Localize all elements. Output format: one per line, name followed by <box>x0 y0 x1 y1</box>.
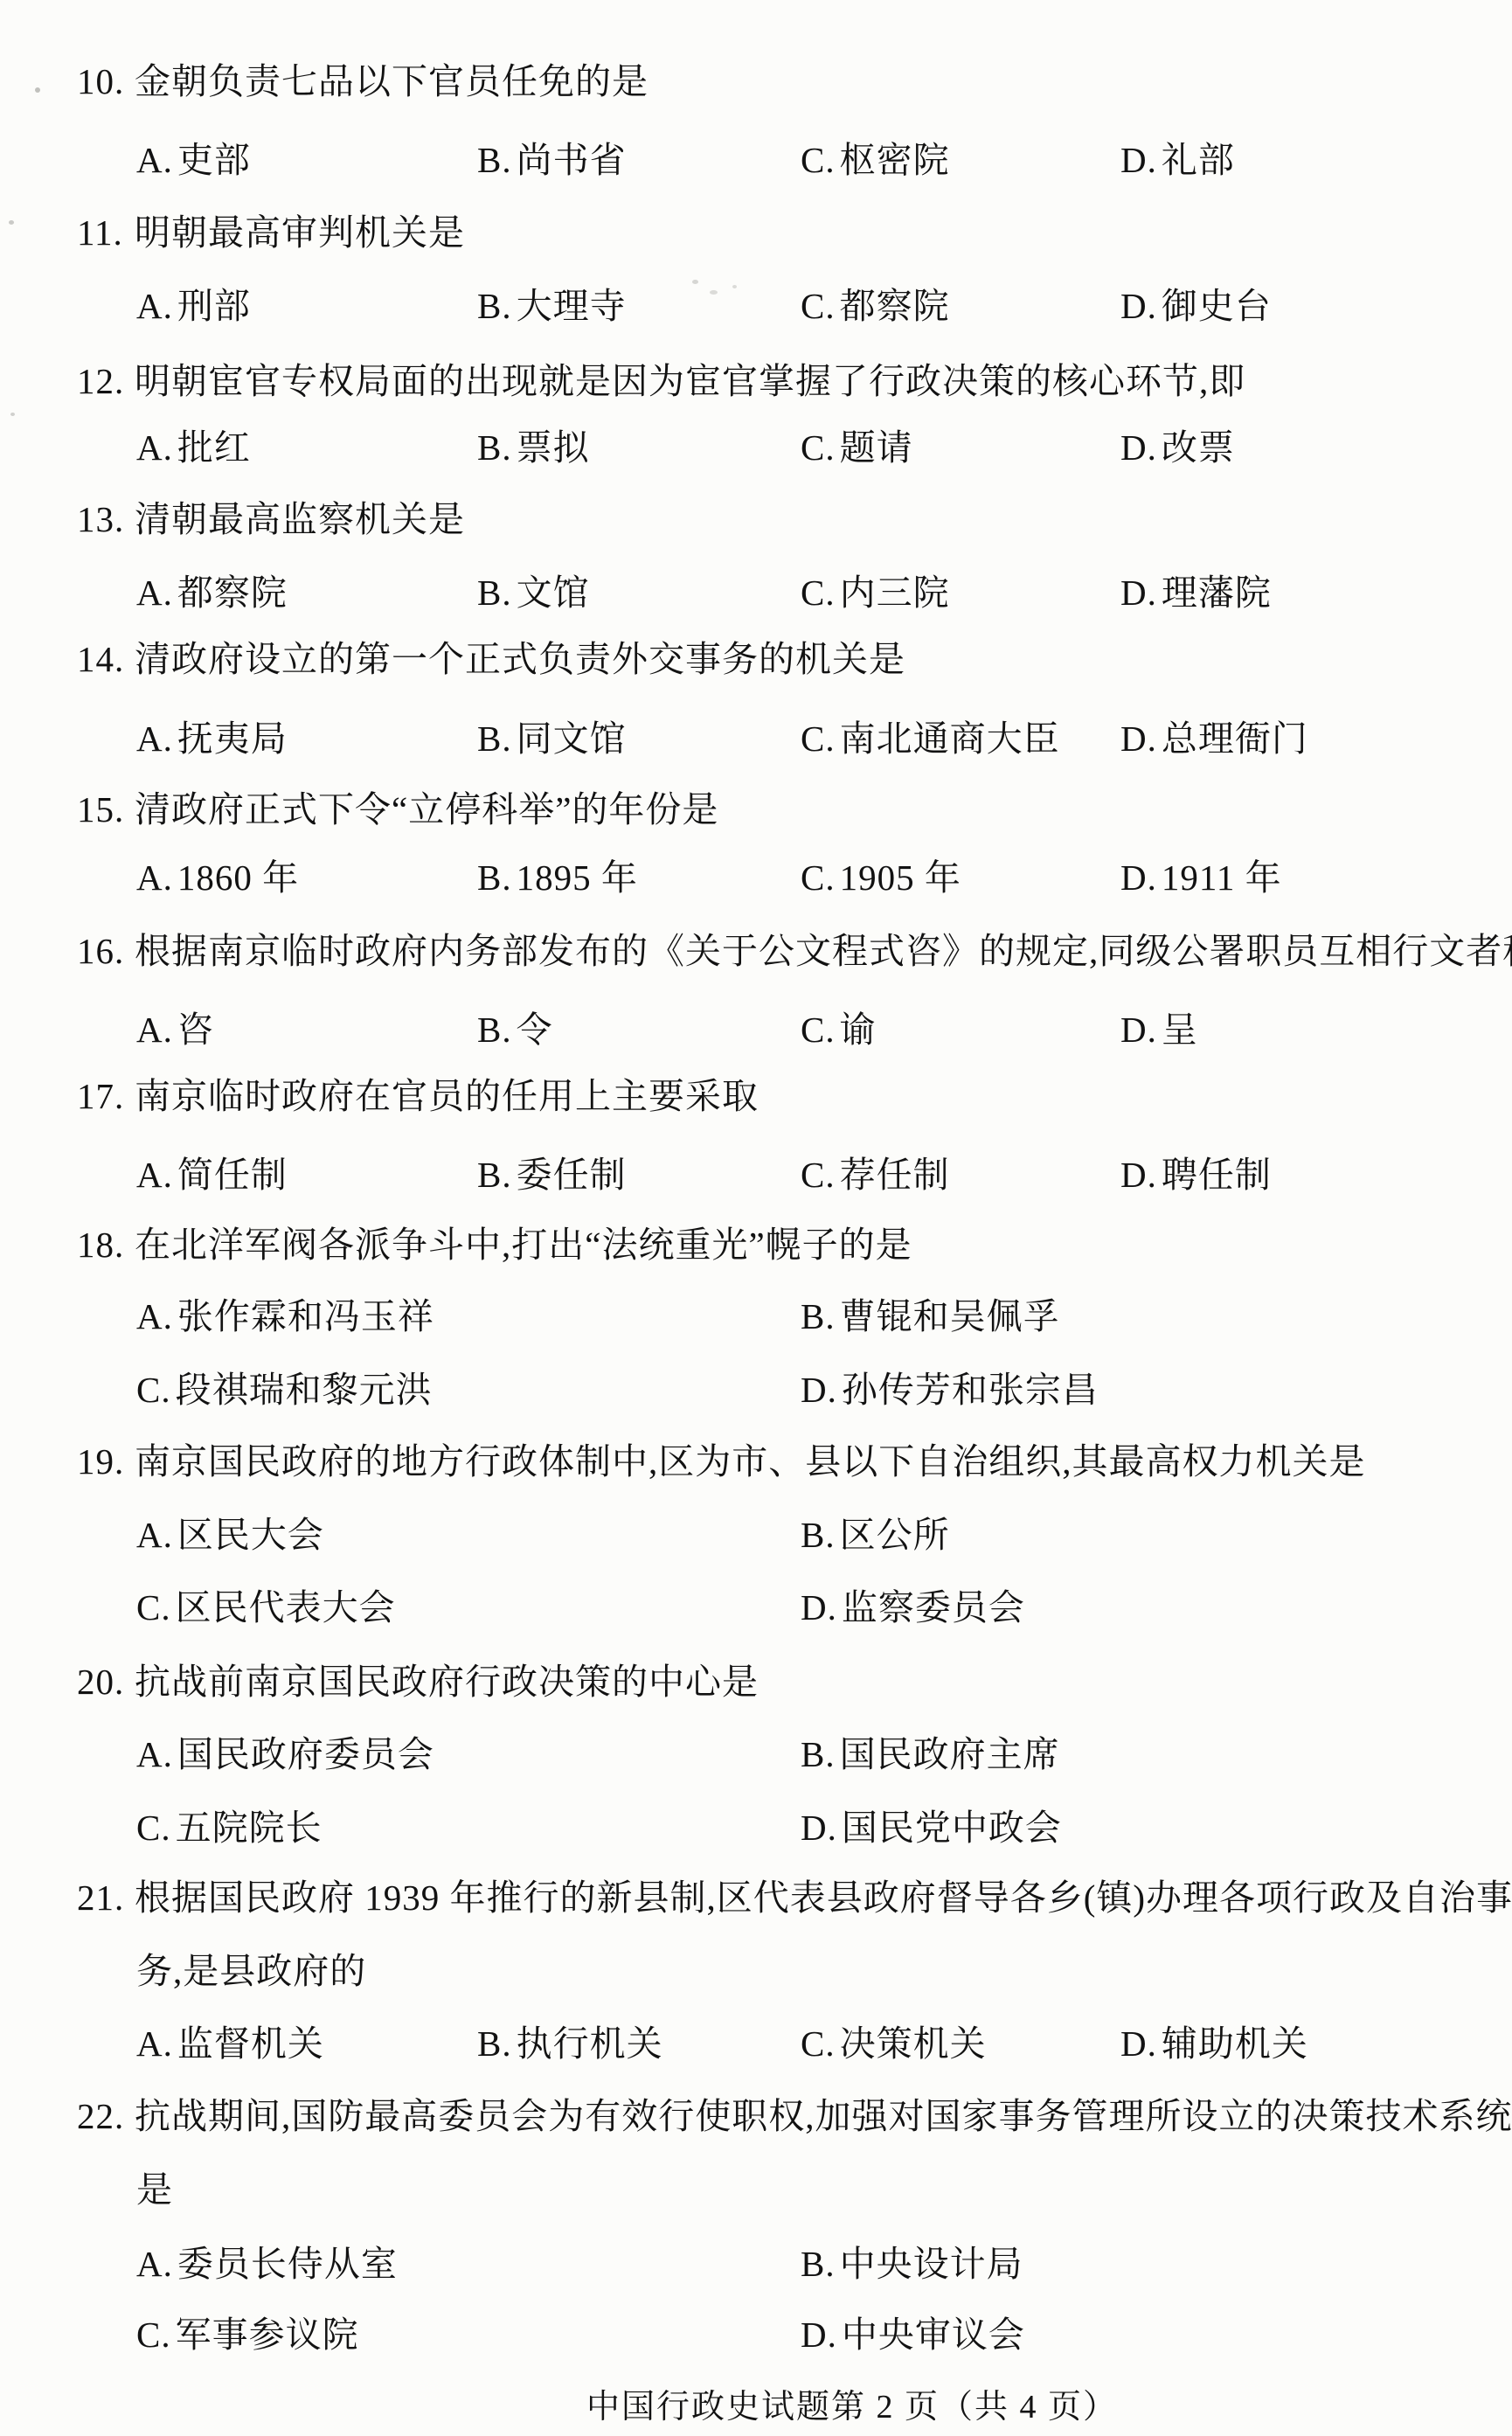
question-number: 22. <box>77 2095 135 2137</box>
option-text: 刑部 <box>177 286 251 326</box>
option-text: 咨 <box>177 1010 214 1050</box>
question-stem: 南京国民政府的地方行政体制中,区为市、县以下自治组织,其最高权力机关是 <box>135 1441 1366 1482</box>
option-label: A. <box>136 573 173 613</box>
option-text: 1905 年 <box>840 857 961 898</box>
option-label: C. <box>136 1808 171 1848</box>
option-label: C. <box>136 1370 171 1410</box>
question-number: 11. <box>77 212 135 253</box>
option-label: B. <box>801 1734 836 1774</box>
option-text: 谕 <box>840 1010 877 1050</box>
option-label: C. <box>801 1155 836 1195</box>
option-label: A. <box>136 1515 173 1555</box>
option-text: 曹锟和吴佩孚 <box>840 1296 1060 1336</box>
question-stem: 根据南京临时政府内务部发布的《关于公文程式咨》的规定,同级公署职员互相行文者称为 <box>135 931 1512 971</box>
option-text: 改票 <box>1162 427 1235 468</box>
option-d: D.国民党中政会 <box>801 1799 1062 1850</box>
option-label: B. <box>801 1296 836 1336</box>
option-a: A.刑部 <box>136 277 251 329</box>
question-number: 17. <box>77 1075 135 1117</box>
option-text: 委任制 <box>517 1155 627 1195</box>
option-text: 张作霖和冯玉祥 <box>177 1296 434 1336</box>
question-stem-line2: 务,是县政府的 <box>0 1942 1512 1993</box>
option-c: C.五院院长 <box>136 1799 323 1850</box>
option-text: 南北通商大臣 <box>840 718 1060 759</box>
option-text: 同文馆 <box>517 718 627 759</box>
option-text: 文馆 <box>517 573 590 613</box>
option-text: 中央审议会 <box>842 2315 1025 2355</box>
option-d: D.中央审议会 <box>801 2306 1025 2357</box>
option-label: C. <box>801 857 836 898</box>
option-text: 呈 <box>1162 1010 1198 1050</box>
option-d: D.聘任制 <box>1120 1146 1272 1197</box>
option-d: D.理藩院 <box>1120 564 1272 615</box>
option-text: 吏部 <box>177 140 251 180</box>
option-label: B. <box>477 2023 512 2064</box>
option-text: 国民政府委员会 <box>177 1734 434 1774</box>
question-number: 16. <box>77 930 135 972</box>
question-stem: 金朝负责七品以下官员任免的是 <box>135 61 648 101</box>
question-number: 13. <box>77 498 135 540</box>
option-a: A.抚夷局 <box>136 710 288 761</box>
option-label: A. <box>136 1734 173 1774</box>
option-c: C.荐任制 <box>801 1146 950 1197</box>
option-label: D. <box>801 1808 837 1848</box>
option-a: A.都察院 <box>136 564 288 615</box>
option-text: 大理寺 <box>517 286 627 326</box>
option-c: C.南北通商大臣 <box>801 710 1060 761</box>
option-label: D. <box>1120 140 1157 180</box>
question-number: 18. <box>77 1224 135 1266</box>
option-text: 军事参议院 <box>176 2315 359 2355</box>
question-stem: 在北洋军阀各派争斗中,打出“法统重光”幌子的是 <box>135 1225 912 1265</box>
option-a: A.国民政府委员会 <box>136 1725 434 1777</box>
option-label: C. <box>801 573 836 613</box>
option-label: D. <box>1120 2023 1157 2064</box>
option-label: C. <box>801 718 836 759</box>
option-b: B.中央设计局 <box>801 2235 1023 2287</box>
option-a: A.批红 <box>136 419 251 470</box>
option-label: A. <box>136 1010 173 1050</box>
option-label: A. <box>136 1296 173 1336</box>
option-label: A. <box>136 2023 173 2064</box>
option-c: C.内三院 <box>801 564 950 615</box>
option-text: 理藩院 <box>1162 573 1272 613</box>
scan-artifact <box>10 413 15 416</box>
question-number: 15. <box>77 788 135 830</box>
question-stem: 根据国民政府 1939 年推行的新县制,区代表县政府督导各乡(镇)办理各项行政及… <box>135 1877 1512 1918</box>
option-text: 令 <box>517 1010 553 1050</box>
question-stem: 明朝最高审判机关是 <box>135 212 465 253</box>
option-text: 中央设计局 <box>840 2244 1023 2284</box>
option-c: C.区民代表大会 <box>136 1579 396 1630</box>
option-label: B. <box>477 427 512 468</box>
option-a: A.区民大会 <box>136 1506 324 1558</box>
question-number: 12. <box>77 360 135 402</box>
option-b: B.同文馆 <box>477 710 627 761</box>
option-label: D. <box>1120 1155 1157 1195</box>
option-text: 抚夷局 <box>177 718 288 759</box>
option-a: A.1860 年 <box>136 849 299 900</box>
option-label: A. <box>136 2244 173 2284</box>
option-b: B.令 <box>477 1001 553 1052</box>
page-footer: 中国行政史试题第 2 页（共 4 页） <box>0 2379 1512 2430</box>
option-text: 1895 年 <box>517 857 638 898</box>
option-label: C. <box>801 427 836 468</box>
option-text: 监察委员会 <box>842 1587 1025 1627</box>
option-a: A.委员长侍从室 <box>136 2235 398 2287</box>
option-label: B. <box>477 857 512 898</box>
option-c: C.决策机关 <box>801 2015 987 2066</box>
option-label: B. <box>477 573 512 613</box>
option-c: C.军事参议院 <box>136 2306 359 2357</box>
option-label: A. <box>136 140 173 180</box>
option-d: D.1911 年 <box>1120 849 1282 900</box>
option-text: 段祺瑞和黎元洪 <box>176 1370 433 1410</box>
option-label: C. <box>136 2315 171 2355</box>
option-text: 聘任制 <box>1162 1155 1272 1195</box>
question-stem: 清政府正式下令“立停科举”的年份是 <box>135 789 718 829</box>
option-text: 总理衙门 <box>1162 718 1308 759</box>
option-text: 御史台 <box>1162 286 1272 326</box>
option-b: B.票拟 <box>477 419 590 470</box>
option-d: D.辅助机关 <box>1120 2015 1308 2066</box>
question-stem: 明朝宦官专权局面的出现就是因为宦官掌握了行政决策的核心环节,即 <box>135 361 1245 401</box>
option-text: 决策机关 <box>840 2023 987 2064</box>
question-number: 14. <box>77 638 135 680</box>
option-label: C. <box>801 2023 836 2064</box>
option-d: D.监察委员会 <box>801 1579 1025 1630</box>
option-text: 1860 年 <box>177 857 299 898</box>
option-b: B.区公所 <box>801 1506 950 1558</box>
option-b: B.曹锟和吴佩孚 <box>801 1287 1060 1339</box>
option-text: 孙传芳和张宗昌 <box>842 1370 1099 1410</box>
option-b: B.尚书省 <box>477 131 627 183</box>
option-text: 国民党中政会 <box>842 1808 1062 1848</box>
option-a: A.咨 <box>136 1001 214 1052</box>
option-label: C. <box>801 286 836 326</box>
option-c: C.谕 <box>801 1001 877 1052</box>
option-text: 五院院长 <box>176 1808 323 1848</box>
option-text: 内三院 <box>840 573 950 613</box>
option-label: B. <box>801 2244 836 2284</box>
option-label: A. <box>136 1155 173 1195</box>
option-label: B. <box>477 1155 512 1195</box>
option-text: 区民代表大会 <box>176 1587 396 1627</box>
option-a: A.监督机关 <box>136 2015 324 2066</box>
option-b: B.执行机关 <box>477 2015 663 2066</box>
option-c: C.题请 <box>801 419 913 470</box>
option-text: 都察院 <box>177 573 288 613</box>
option-b: B.国民政府主席 <box>801 1725 1060 1777</box>
option-label: D. <box>1120 286 1157 326</box>
option-label: D. <box>801 1370 837 1410</box>
option-text: 都察院 <box>840 286 950 326</box>
question-stem: 抗战前南京国民政府行政决策的中心是 <box>135 1662 759 1702</box>
question-stem-line2: 是 <box>0 2161 1512 2211</box>
question-stem: 抗战期间,国防最高委员会为有效行使职权,加强对国家事务管理所设立的决策技术系统 <box>135 2096 1512 2136</box>
option-c: C.段祺瑞和黎元洪 <box>136 1361 433 1412</box>
option-text: 国民政府主席 <box>840 1734 1060 1774</box>
option-label: D. <box>801 1587 837 1627</box>
option-d: D.孙传芳和张宗昌 <box>801 1361 1099 1412</box>
option-text: 区民大会 <box>177 1515 324 1555</box>
option-label: B. <box>477 286 512 326</box>
option-d: D.总理衙门 <box>1120 710 1308 761</box>
option-text: 批红 <box>177 427 251 468</box>
option-label: A. <box>136 857 173 898</box>
option-label: A. <box>136 286 173 326</box>
option-b: B.文馆 <box>477 564 590 615</box>
option-text: 荐任制 <box>840 1155 950 1195</box>
option-c: C.枢密院 <box>801 131 950 183</box>
option-label: D. <box>1120 573 1157 613</box>
option-c: C.都察院 <box>801 277 950 329</box>
option-b: B.委任制 <box>477 1146 627 1197</box>
option-b: B.大理寺 <box>477 277 627 329</box>
exam-page: 10.金朝负责七品以下官员任免的是 A.吏部 B.尚书省 C.枢密院 D.礼部 … <box>0 0 1512 2436</box>
option-text: 简任制 <box>177 1155 288 1195</box>
question-stem: 南京临时政府在官员的任用上主要采取 <box>135 1076 759 1116</box>
option-label: C. <box>801 1010 836 1050</box>
option-text: 辅助机关 <box>1162 2023 1308 2064</box>
option-label: B. <box>801 1515 836 1555</box>
option-label: B. <box>477 718 512 759</box>
option-label: D. <box>1120 857 1157 898</box>
option-d: D.改票 <box>1120 419 1235 470</box>
option-label: A. <box>136 718 173 759</box>
option-label: A. <box>136 427 173 468</box>
option-label: D. <box>1120 718 1157 759</box>
option-b: B.1895 年 <box>477 849 638 900</box>
option-c: C.1905 年 <box>801 849 961 900</box>
option-d: D.礼部 <box>1120 131 1235 183</box>
option-text: 题请 <box>840 427 913 468</box>
option-text: 委员长侍从室 <box>177 2244 398 2284</box>
option-text: 票拟 <box>517 427 590 468</box>
option-text: 监督机关 <box>177 2023 324 2064</box>
question-stem: 清朝最高监察机关是 <box>135 499 465 539</box>
option-d: D.御史台 <box>1120 277 1272 329</box>
option-label: D. <box>1120 427 1157 468</box>
option-label: C. <box>136 1587 171 1627</box>
option-d: D.呈 <box>1120 1001 1198 1052</box>
option-text: 尚书省 <box>517 140 627 180</box>
option-text: 执行机关 <box>517 2023 663 2064</box>
option-a: A.吏部 <box>136 131 251 183</box>
option-text: 枢密院 <box>840 140 950 180</box>
option-label: D. <box>1120 1010 1157 1050</box>
option-a: A.简任制 <box>136 1146 288 1197</box>
question-number: 10. <box>77 60 135 102</box>
question-number: 20. <box>77 1661 135 1703</box>
option-label: B. <box>477 140 512 180</box>
question-number: 21. <box>77 1877 135 1919</box>
option-text: 1911 年 <box>1162 857 1282 898</box>
option-text: 区公所 <box>840 1515 950 1555</box>
option-text: 礼部 <box>1162 140 1235 180</box>
question-stem: 清政府设立的第一个正式负责外交事务的机关是 <box>135 639 905 679</box>
option-label: D. <box>801 2315 837 2355</box>
option-a: A.张作霖和冯玉祥 <box>136 1287 434 1339</box>
question-number: 19. <box>77 1440 135 1482</box>
option-label: B. <box>477 1010 512 1050</box>
option-label: C. <box>801 140 836 180</box>
